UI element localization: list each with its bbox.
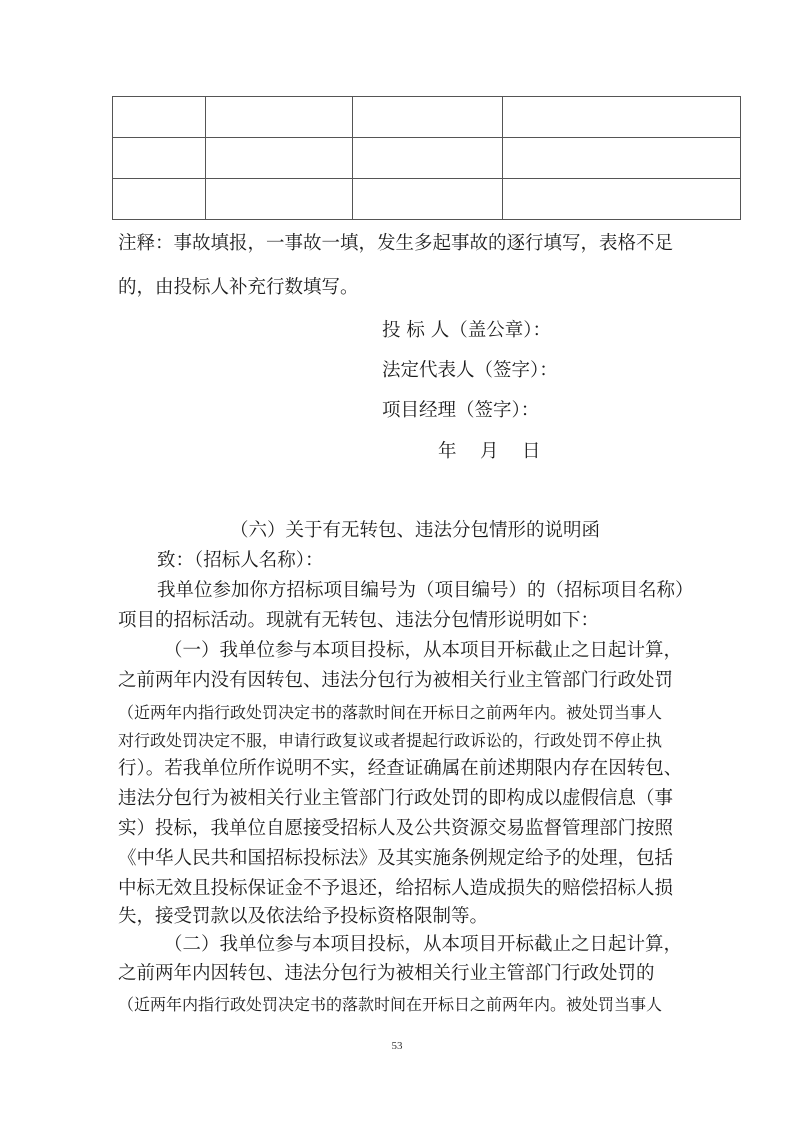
table-row [113, 97, 741, 138]
table-row [113, 179, 741, 220]
table-cell [503, 179, 741, 220]
table-cell [206, 97, 353, 138]
note-line-2: 的，由投标人补充行数填写。 [118, 277, 359, 299]
body-line: 失，接受罚款以及依法给予投标资格限制等。 [118, 906, 488, 928]
body-line: （一）我单位参与本项目投标，从本项目开标截止之日起计算， [164, 640, 682, 662]
addressee: 致：（招标人名称）： [157, 550, 324, 572]
table-cell [206, 179, 353, 220]
body-line: （二）我单位参与本项目投标，从本项目开标截止之日起计算， [164, 934, 682, 956]
table-cell [353, 138, 503, 179]
body-line: 我单位参加你方招标项目编号为（项目编号）的（招标项目名称） [157, 580, 694, 602]
table-cell [113, 97, 206, 138]
body-line: 之前两年内因转包、违法分包行为被相关行业主管部门行政处罚的 [118, 963, 655, 985]
table-cell [503, 97, 741, 138]
accident-table [112, 96, 741, 220]
body-line: （近两年内指行政处罚决定书的落款时间在开标日之前两年内。被处罚当事人 [118, 994, 662, 1016]
table-cell [206, 138, 353, 179]
body-line: 中标无效且投标保证金不予退还，给招标人造成损失的赔偿招标人损 [118, 878, 673, 900]
table-cell [113, 138, 206, 179]
table-cell [353, 97, 503, 138]
table-cell [503, 138, 741, 179]
body-line: 项目的招标活动。现就有无转包、违法分包情形说明如下： [118, 610, 599, 632]
body-line: 行）。若我单位所作说明不实，经查证确属在前述期限内存在因转包、 [118, 758, 682, 780]
body-line: （近两年内指行政处罚决定书的落款时间在开标日之前两年内。被处罚当事人 [118, 702, 662, 724]
project-manager-signature-label: 项目经理（签字）： [382, 400, 539, 422]
table-cell [353, 179, 503, 220]
body-line: 之前两年内没有因转包、违法分包行为被相关行业主管部门行政处罚 [118, 670, 673, 692]
body-line: 实）投标，我单位自愿接受招标人及公共资源交易监督管理部门按照 [118, 818, 673, 840]
table-cell [113, 179, 206, 220]
body-line: 违法分包行为被相关行业主管部门行政处罚的即构成以虚假信息（事 [118, 788, 673, 810]
note-line-1: 注释：事故填报，一事故一填，发生多起事故的逐行填写，表格不足 [118, 233, 673, 255]
section-title: （六）关于有无转包、违法分包情形的说明函 [230, 520, 600, 542]
table-row [113, 138, 741, 179]
body-line: 《中华人民共和国招标投标法》及其实施条例规定给予的处理，包括 [118, 848, 673, 870]
legal-rep-signature-label: 法定代表人（签字）： [382, 360, 558, 382]
page-number: 53 [0, 1040, 794, 1052]
bidder-seal-label: 投 标 人（盖公章）： [382, 320, 551, 342]
body-line: 对行政处罚决定不服，申请行政复议或者提起行政诉讼的，行政处罚不停止执 [118, 730, 662, 752]
date-label: 年 月 日 [438, 441, 541, 463]
